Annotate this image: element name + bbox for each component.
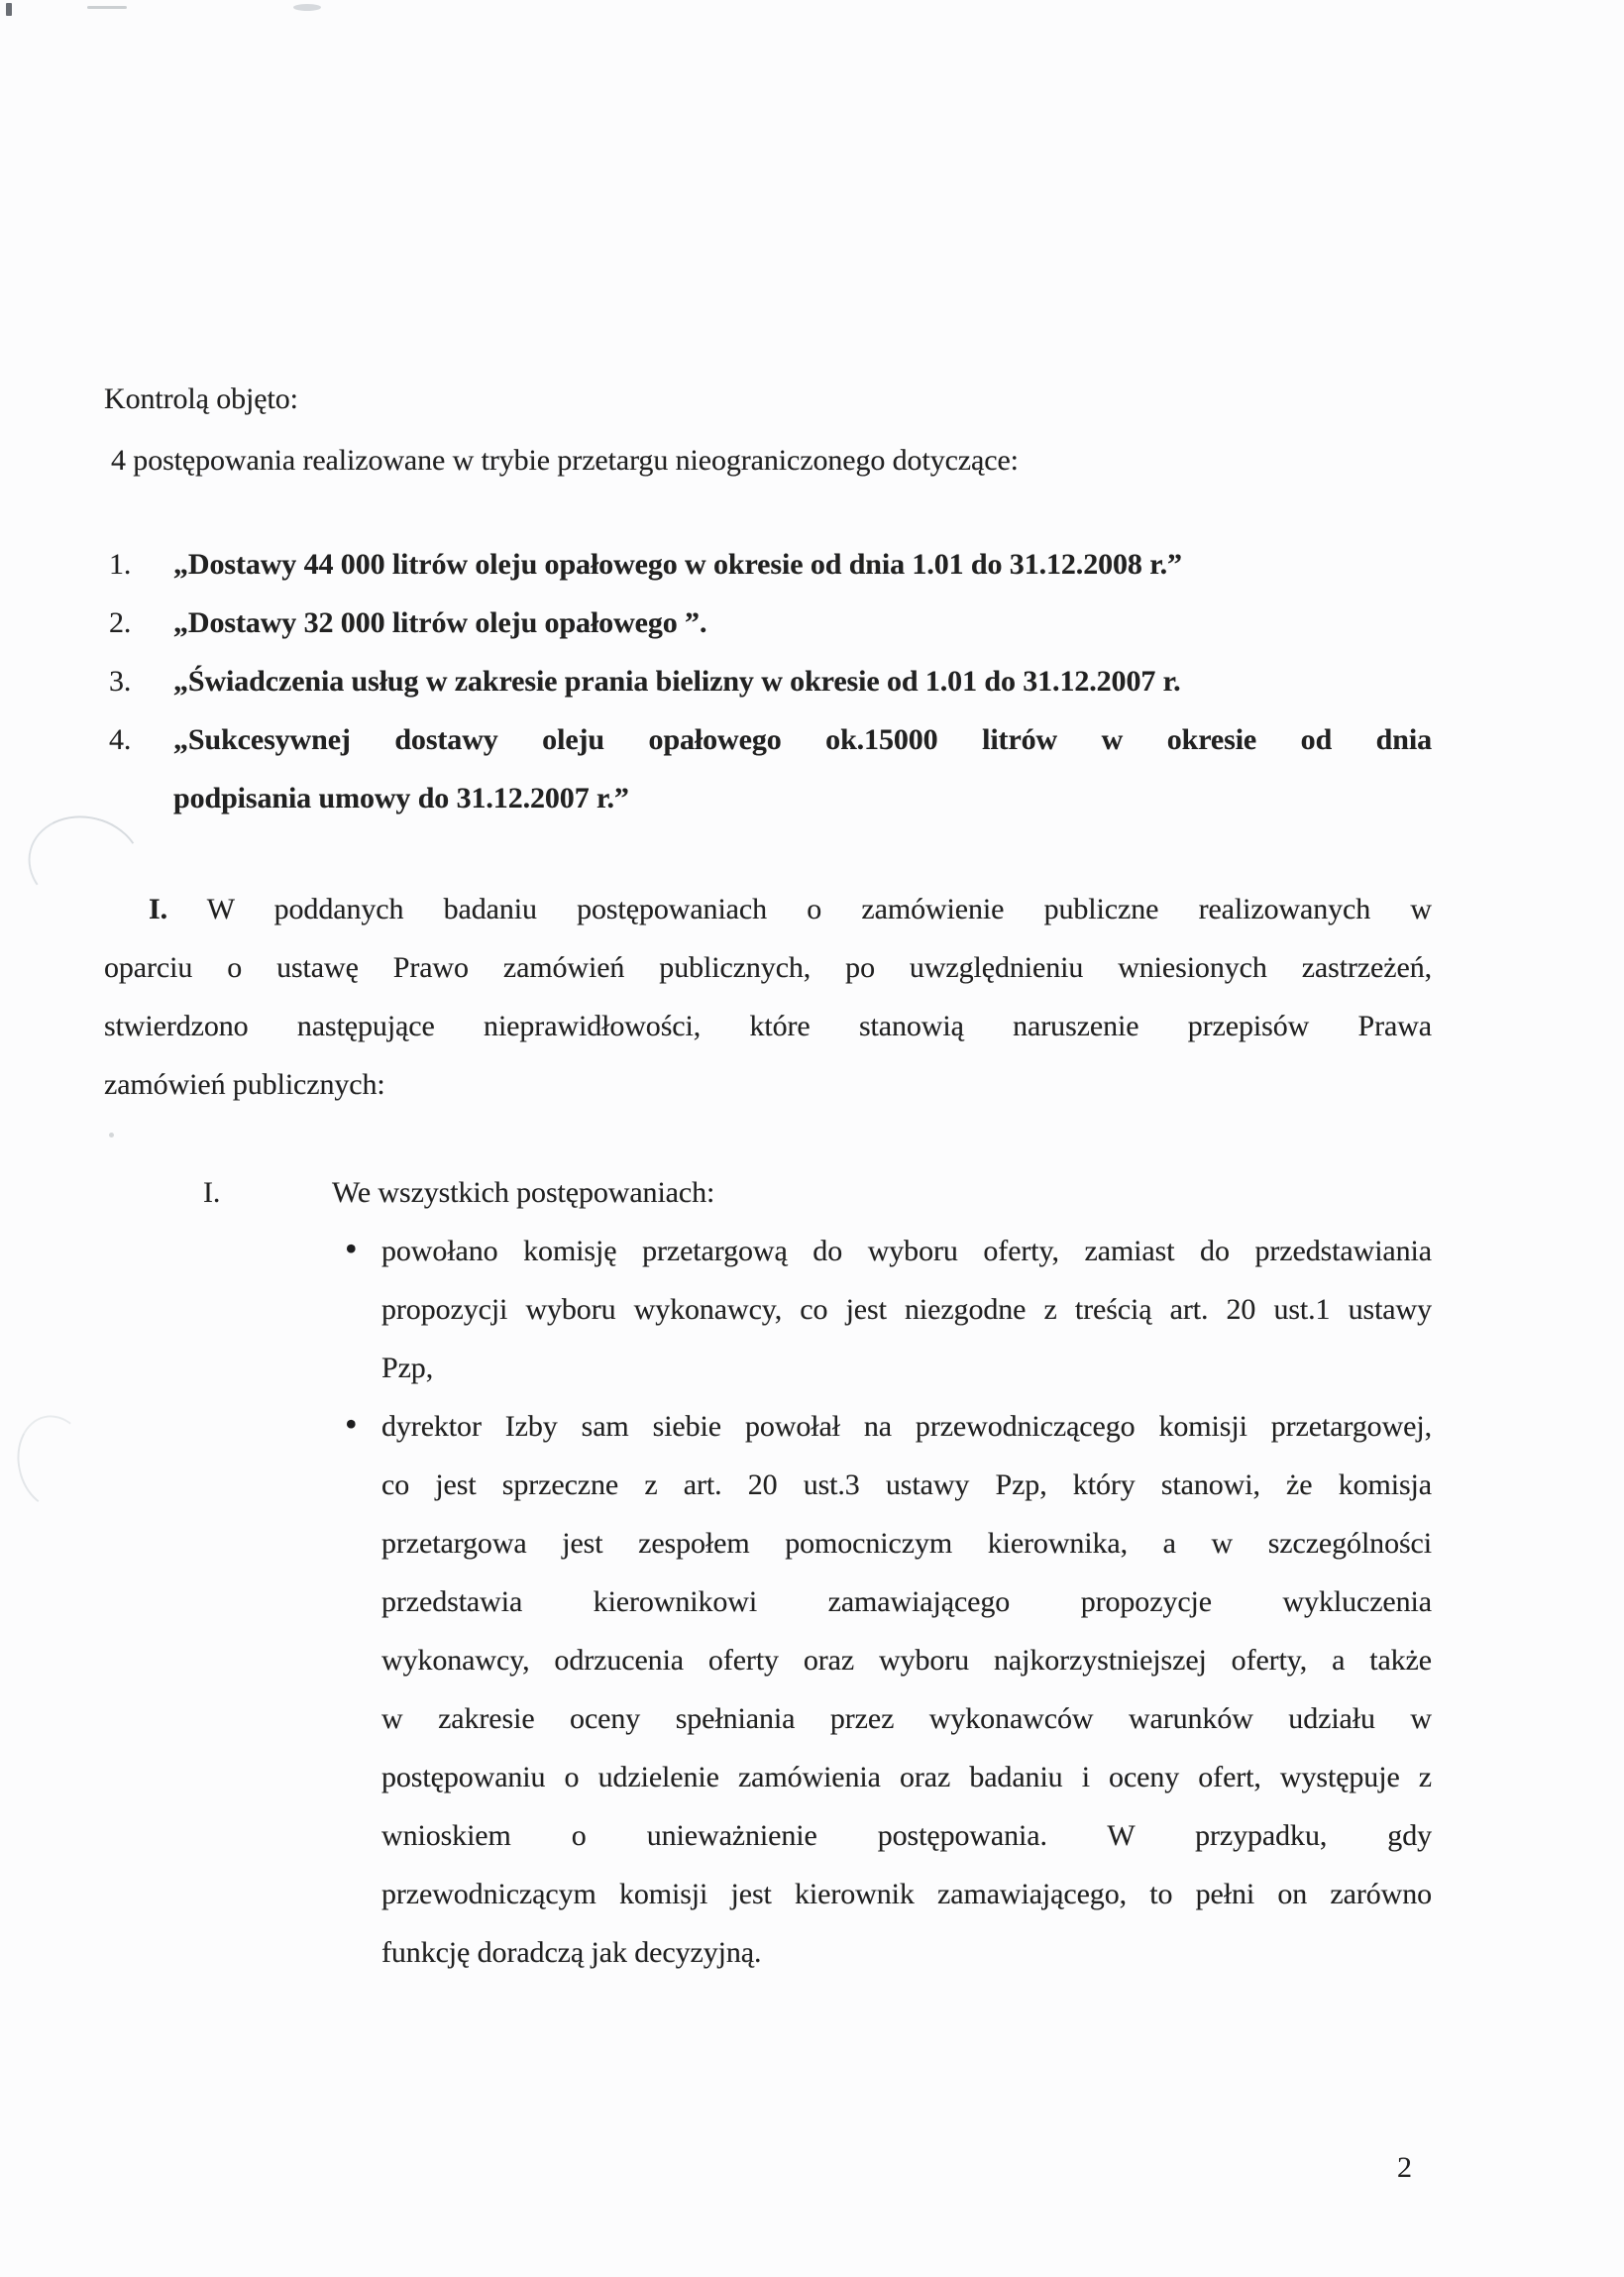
scan-artifact-dash <box>87 6 127 9</box>
bullet-list: • powołano komisję przetargową do wyboru… <box>104 1222 1432 1982</box>
findings-paragraph-line: zamówień publicznych: <box>104 1055 1432 1114</box>
bullet-line: propozycji wyboru wykonawcy, co jest nie… <box>381 1280 1432 1339</box>
list-item-text: „Dostawy 32 000 litrów oleju opałowego ”… <box>173 606 706 639</box>
scan-artifact-dot <box>109 1133 114 1138</box>
list-item-number: 4. <box>109 710 131 769</box>
list-item-number: 1. <box>109 535 131 594</box>
paragraph-text: W poddanych badaniu postępowaniach o zam… <box>207 893 1432 925</box>
bullet-line: dyrektor Izby sam siebie powołał na prze… <box>381 1397 1432 1456</box>
control-scope-heading: Kontrolą objęto: <box>104 369 1432 430</box>
findings-paragraph-line: stwierdzono następujące nieprawidłowości… <box>104 997 1432 1055</box>
list-item-number: 3. <box>109 652 131 710</box>
proceedings-list: 1.„Dostawy 44 000 litrów oleju opałowego… <box>104 535 1432 827</box>
scan-artifact-smudge <box>293 4 321 11</box>
bullet-line: Pzp, <box>381 1339 1432 1397</box>
findings-paragraph: I. W poddanych badaniu postępowaniach o … <box>104 880 1432 1114</box>
bullet-line: wykonawcy, odrzucenia oferty oraz wyboru… <box>381 1631 1432 1689</box>
bullet-icon: • <box>345 1220 358 1278</box>
bullet-line: przetargowa jest zespołem pomocniczym ki… <box>381 1514 1432 1572</box>
scan-artifact-arc <box>9 1408 100 1516</box>
list-item: 2.„Dostawy 32 000 litrów oleju opałowego… <box>104 594 1432 652</box>
control-scope-subheading: 4 postępowania realizowane w trybie prze… <box>104 430 1432 491</box>
page-number: 2 <box>1397 2138 1412 2197</box>
list-item-text: podpisania umowy do 31.12.2007 r.” <box>173 782 629 814</box>
section-heading-title: We wszystkich postępowaniach: <box>332 1163 714 1222</box>
bullet-line: co jest sprzeczne z art. 20 ust.3 ustawy… <box>381 1456 1432 1514</box>
section-heading-numeral: I. <box>203 1163 220 1222</box>
list-item-text: „Dostawy 44 000 litrów oleju opałowego w… <box>173 548 1182 581</box>
list-item-text: „Sukcesywnej dostawy oleju opałowego ok.… <box>173 723 1432 756</box>
scan-artifact-speck <box>6 3 12 16</box>
findings-paragraph-line: oparciu o ustawę Prawo zamówień publiczn… <box>104 938 1432 997</box>
section-heading-line: I. We wszystkich postępowaniach: <box>104 1163 1432 1222</box>
paragraph-numeral: I. <box>149 893 167 925</box>
section-heading: I. We wszystkich postępowaniach: <box>104 1163 1432 1222</box>
bullet-line: postępowaniu o udzielenie zamówienia ora… <box>381 1748 1432 1806</box>
bullet-line: przedstawia kierownikowi zamawiającego p… <box>381 1572 1432 1631</box>
scanned-document-page: Kontrolą objęto: 4 postępowania realizow… <box>0 0 1624 2277</box>
intro-block: Kontrolą objęto: 4 postępowania realizow… <box>104 369 1432 491</box>
list-item-continuation: podpisania umowy do 31.12.2007 r.” <box>104 769 1432 827</box>
list-item: 3.„Świadczenia usług w zakresie prania b… <box>104 652 1432 710</box>
bullet-line: w zakresie oceny spełniania przez wykona… <box>381 1689 1432 1748</box>
bullet-item: • powołano komisję przetargową do wyboru… <box>104 1222 1432 1397</box>
bullet-line: wnioskiem o unieważnienie postępowania. … <box>381 1806 1432 1865</box>
bullet-line: powołano komisję przetargową do wyboru o… <box>381 1222 1432 1280</box>
bullet-icon: • <box>345 1395 358 1454</box>
bullet-line: przewodniczącym komisji jest kierownik z… <box>381 1865 1432 1923</box>
list-item: 1.„Dostawy 44 000 litrów oleju opałowego… <box>104 535 1432 594</box>
findings-paragraph-line: I. W poddanych badaniu postępowaniach o … <box>104 880 1432 938</box>
bullet-line: funkcję doradczą jak decyzyjną. <box>381 1923 1432 1982</box>
list-item-number: 2. <box>109 594 131 652</box>
bullet-item: • dyrektor Izby sam siebie powołał na pr… <box>104 1397 1432 1982</box>
list-item-text: „Świadczenia usług w zakresie prania bie… <box>173 665 1181 698</box>
list-item: 4.„Sukcesywnej dostawy oleju opałowego o… <box>104 710 1432 769</box>
